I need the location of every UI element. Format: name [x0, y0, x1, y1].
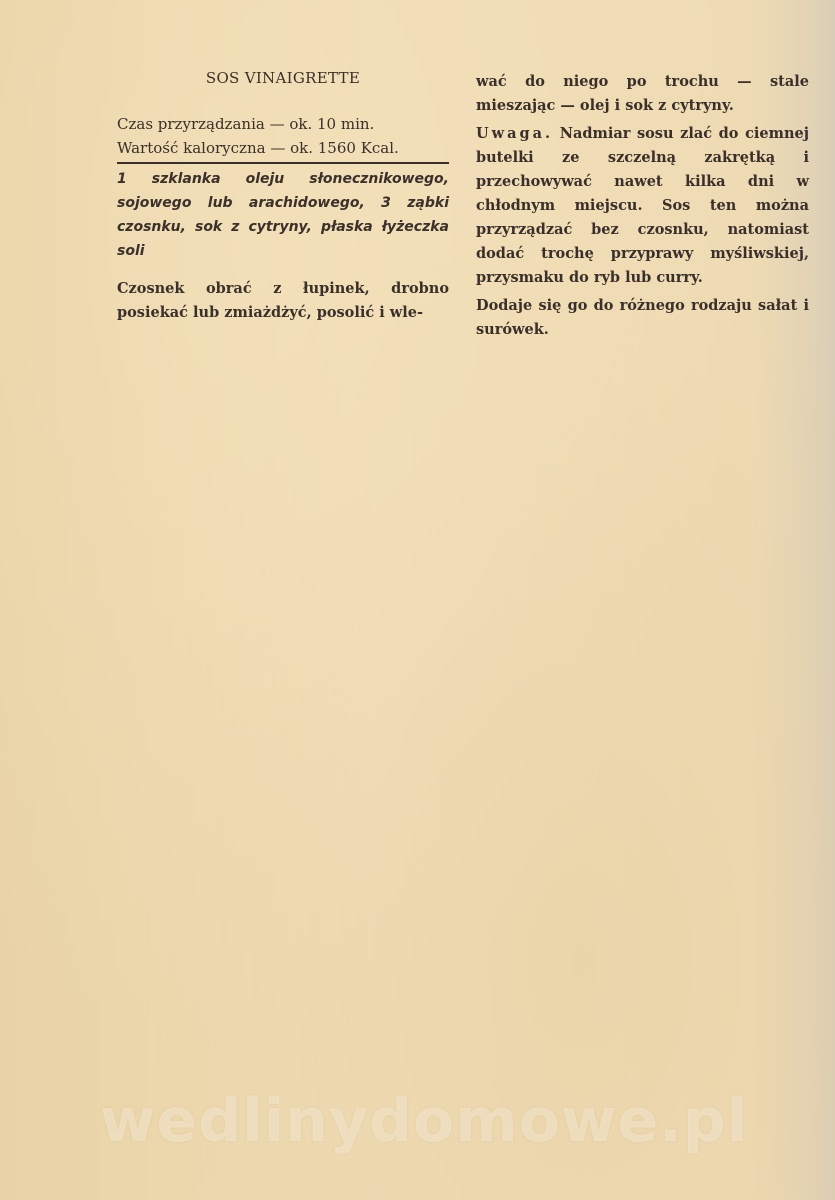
- note-text: Nadmiar sosu zlać do ciemnej butelki ze …: [476, 125, 809, 286]
- note-label: Uwaga.: [476, 125, 553, 142]
- divider: [117, 162, 449, 164]
- watermark: wedlinydomowe.pl: [100, 1086, 740, 1156]
- note-paragraph: Uwaga. Nadmiar sosu zlać do ciemnej bute…: [476, 122, 809, 290]
- right-column: wać do niego po trochu — stale mieszając…: [476, 70, 809, 346]
- calorie-value: Wartość kaloryczna — ok. 1560 Kcal.: [117, 136, 449, 160]
- prep-time: Czas przyrządzania — ok. 10 min.: [117, 112, 449, 136]
- method-text-part1: Czosnek obrać z łupinek, drobno posiekać…: [117, 277, 449, 325]
- serving-suggestion: Dodaje się go do różnego rodzaju sałat i…: [476, 294, 809, 342]
- left-column: SOS VINAIGRETTE Czas przyrządzania — ok.…: [117, 66, 449, 329]
- ingredients-list: 1 szklanka oleju słonecznikowego, sojowe…: [117, 167, 449, 263]
- recipe-title: SOS VINAIGRETTE: [117, 66, 449, 90]
- scanned-page: SOS VINAIGRETTE Czas przyrządzania — ok.…: [0, 0, 835, 1200]
- method-text-part2: wać do niego po trochu — stale mieszając…: [476, 70, 809, 118]
